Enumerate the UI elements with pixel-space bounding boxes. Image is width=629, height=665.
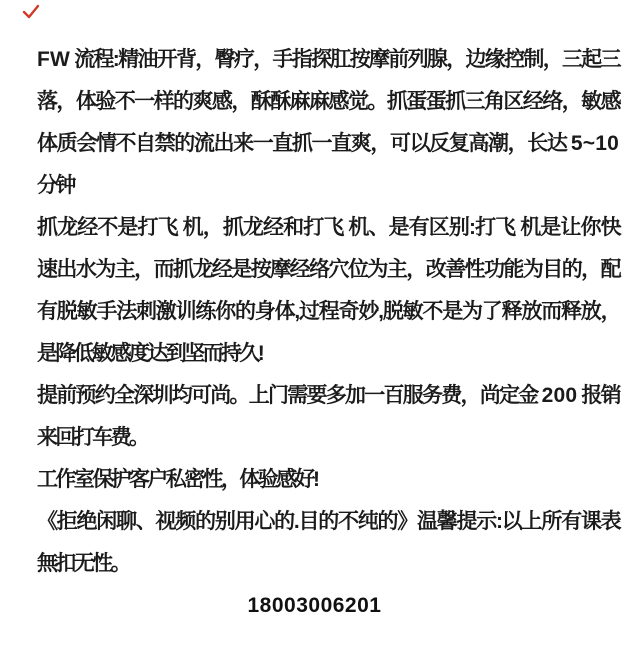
red-annotation-mark [22, 4, 40, 19]
text-line: 《拒绝闲聊、视频的别用心的.目的不纯的》温馨提示:以上所有课表 [37, 501, 619, 543]
text-line: FW 流程:精油开背，臀疗，手指探肛按摩前列腺，边缘控制，三起三 [37, 39, 619, 81]
text-line: 抓龙经不是打飞 机，抓龙经和打飞 机、是有区别:打飞 机是让你快 [37, 207, 619, 249]
document-page: FW 流程:精油开背，臀疗，手指探肛按摩前列腺，边缘控制，三起三落，体验不一样的… [0, 0, 629, 627]
text-line: 無扣无性。 [37, 543, 619, 585]
text-line: 提前预约全深圳均可尚。上门需要多加一百服务费，尚定金 200 报销 [37, 375, 619, 417]
text-line: 体质会情不自禁的流出来一直抓一直爽，可以反复高潮，长达 5~10 [37, 123, 619, 165]
text-line: 分钟 [37, 165, 619, 207]
text-line: 速出水为主，而抓龙经是按摩经络穴位为主，改善性功能为目的，配 [37, 249, 619, 291]
text-line: 是降低敏感度达到坚而持久! [37, 333, 619, 375]
text-line: 落，体验不一样的爽感，酥酥麻麻感觉。抓蛋蛋抓三角区经络，敏感 [37, 81, 619, 123]
text-line: 来回打车费。 [37, 417, 619, 459]
phone-number: 18003006201 [0, 585, 629, 627]
document-text: FW 流程:精油开背，臀疗，手指探肛按摩前列腺，边缘控制，三起三落，体验不一样的… [37, 39, 619, 585]
text-line: 有脱敏手法刺激训练你的身体,过程奇妙,脱敏不是为了释放而释放， [37, 291, 619, 333]
text-line: 工作室保护客户私密性，体验感好! [37, 459, 619, 501]
